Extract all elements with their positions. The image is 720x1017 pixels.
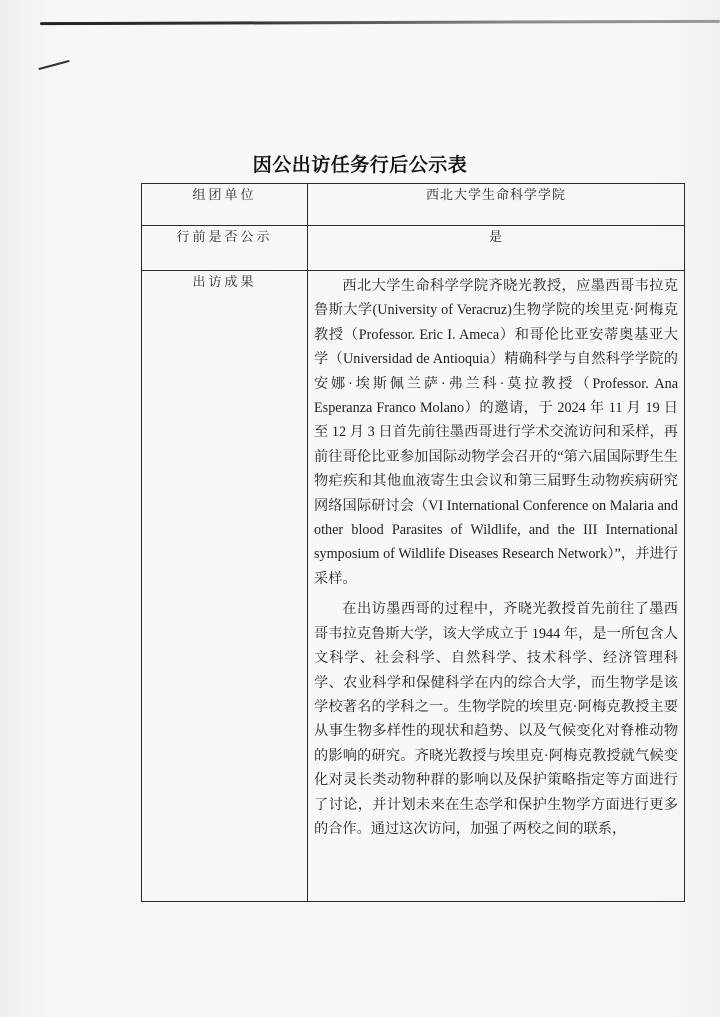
value-visit-results: 西北大学生命科学学院齐晓光教授，应墨西哥韦拉克鲁斯大学(University o… (308, 271, 685, 902)
table-row-pre-trip-disclosure: 行前是否公示 是 (142, 226, 685, 271)
document-title: 因公出访任务行后公示表 (0, 150, 720, 177)
label-pre-trip-disclosure: 行前是否公示 (142, 226, 308, 271)
table-row-delegation-unit: 组团单位 西北大学生命科学学院 (142, 184, 685, 226)
value-pre-trip-disclosure: 是 (308, 226, 685, 271)
results-paragraph-2: 在出访墨西哥的过程中，齐晓光教授首先前往了墨西哥韦拉克鲁斯大学，该大学成立于 1… (314, 597, 678, 841)
value-delegation-unit: 西北大学生命科学学院 (308, 184, 685, 226)
visit-results-text: 西北大学生命科学学院齐晓光教授，应墨西哥韦拉克鲁斯大学(University o… (308, 271, 684, 841)
label-visit-results: 出访成果 (142, 271, 308, 902)
label-delegation-unit: 组团单位 (142, 184, 308, 226)
results-paragraph-1: 西北大学生命科学学院齐晓光教授，应墨西哥韦拉克鲁斯大学(University o… (314, 274, 678, 591)
table-row-visit-results: 出访成果 西北大学生命科学学院齐晓光教授，应墨西哥韦拉克鲁斯大学(Univers… (142, 271, 685, 902)
disclosure-table: 组团单位 西北大学生命科学学院 行前是否公示 是 出访成果 西北大学生命科学学院… (141, 183, 685, 902)
